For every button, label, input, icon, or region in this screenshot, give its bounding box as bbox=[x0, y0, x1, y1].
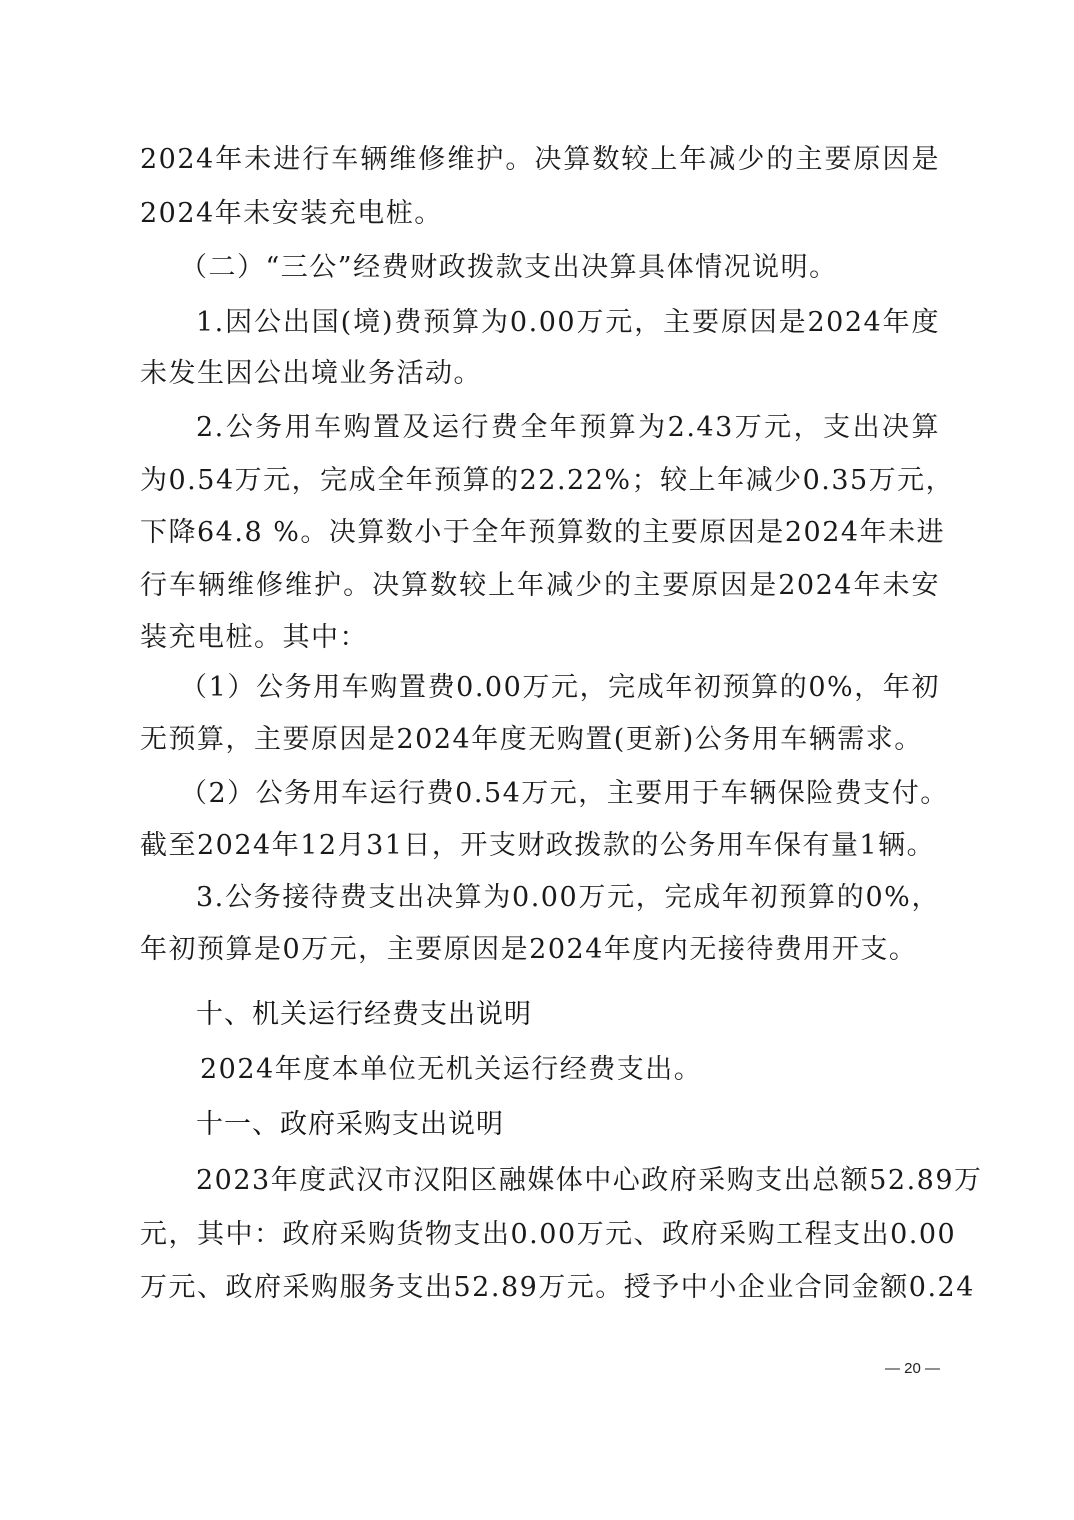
body-text-line: 2024年度本单位无机关运行经费支出。 bbox=[200, 1052, 1000, 1088]
body-text-line: 2023年度武汉市汉阳区融媒体中心政府采购支出总额52.89万 bbox=[196, 1163, 940, 1199]
subsection-heading: （二）“三公”经费财政拨款支出决算具体情况说明。 bbox=[180, 250, 980, 286]
body-text-line: 为0.54万元，完成全年预算的22.22%；较上年减少0.35万元， bbox=[140, 463, 940, 499]
body-text-line: 3.公务接待费支出决算为0.00万元，完成年初预算的0%， bbox=[196, 880, 940, 916]
body-text-line: 年初预算是0万元，主要原因是2024年度内无接待费用开支。 bbox=[140, 932, 940, 968]
body-text-line: （2）公务用车运行费0.54万元，主要用于车辆保险费支付。 bbox=[180, 776, 945, 812]
body-text-line: 2.公务用车购置及运行费全年预算为2.43万元，支出决算 bbox=[196, 410, 940, 446]
body-text-line: 元，其中：政府采购货物支出0.00万元、政府采购工程支出0.00 bbox=[140, 1217, 940, 1253]
page-number: — 20 — bbox=[885, 1360, 940, 1377]
body-text-line: 下降64.8 %。决算数小于全年预算数的主要原因是2024年未进 bbox=[140, 515, 940, 551]
body-text-line: 2024年未安装充电桩。 bbox=[140, 196, 940, 232]
document-page: 2024年未进行车辆维修维护。决算数较上年减少的主要原因是 2024年未安装充电… bbox=[0, 0, 1074, 1520]
body-text-line: （1）公务用车购置费0.00万元，完成年初预算的0%，年初 bbox=[180, 670, 940, 706]
body-text-line: 万元、政府采购服务支出52.89万元。授予中小企业合同金额0.24 bbox=[140, 1270, 940, 1306]
body-text-line: 截至2024年12月31日，开支财政拨款的公务用车保有量1辆。 bbox=[140, 828, 940, 864]
body-text-line: 未发生因公出境业务活动。 bbox=[140, 356, 940, 392]
section-heading-11: 十一、政府采购支出说明 bbox=[196, 1107, 504, 1143]
body-text-line: 装充电桩。其中： bbox=[140, 620, 940, 656]
body-text-line: 无预算，主要原因是2024年度无购置(更新)公务用车辆需求。 bbox=[140, 722, 940, 758]
section-heading-10: 十、机关运行经费支出说明 bbox=[196, 997, 532, 1033]
body-text-line: 行车辆维修维护。决算数较上年减少的主要原因是2024年未安 bbox=[140, 568, 940, 604]
body-text-line: 1.因公出国(境)费预算为0.00万元，主要原因是2024年度 bbox=[196, 305, 940, 341]
body-text-line: 2024年未进行车辆维修维护。决算数较上年减少的主要原因是 bbox=[140, 142, 940, 178]
